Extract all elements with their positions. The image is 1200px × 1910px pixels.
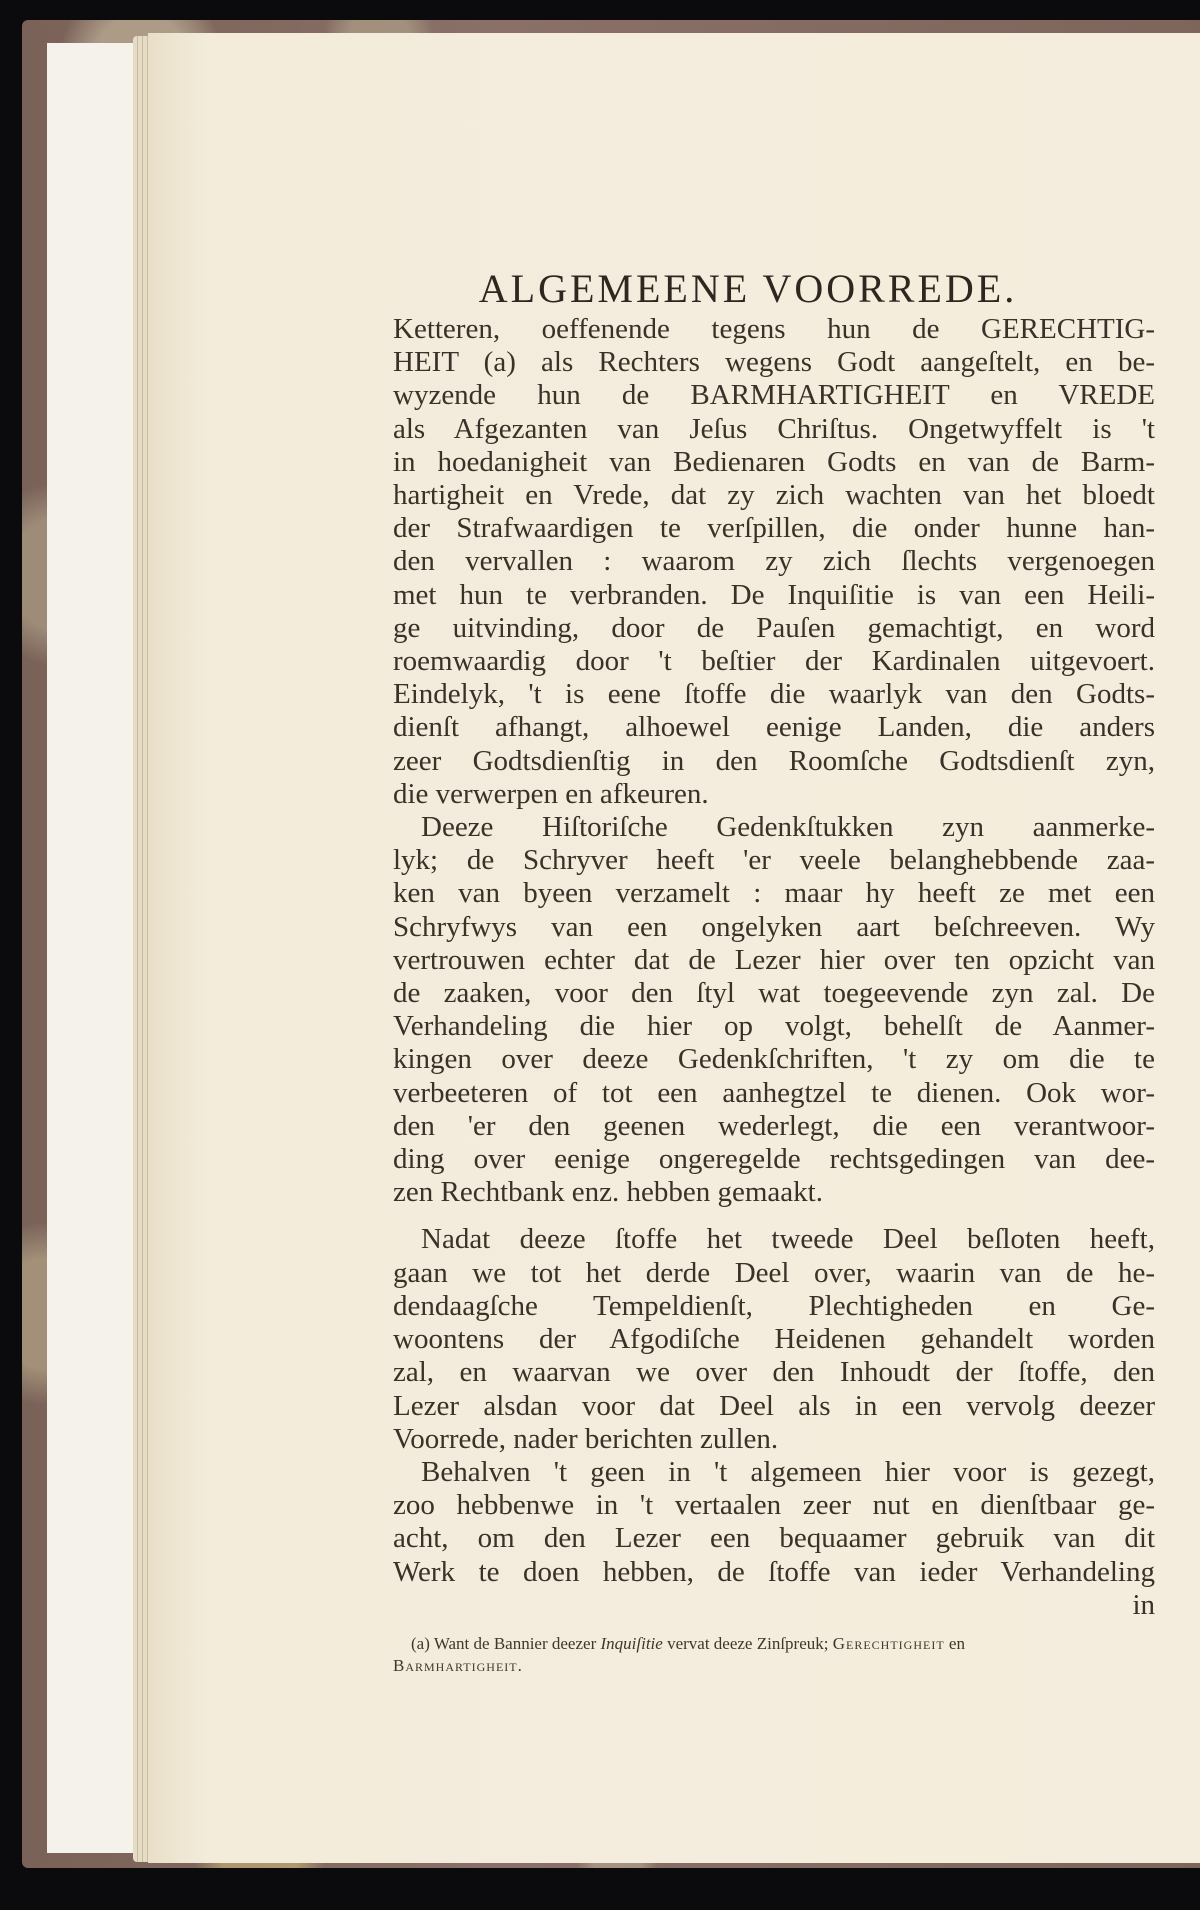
- text-line: Lezer alsdan voor dat Deel als in een ve…: [393, 1390, 1155, 1423]
- text-line: wyzende hun de BARMHARTIGHEIT en VREDE: [393, 379, 1155, 412]
- body-text: Ketteren, oeffenende tegens hun de GEREC…: [393, 313, 1155, 1622]
- paragraph-2: Deeze Hiſtoriſche Gedenkſtukken zyn aanm…: [393, 811, 1155, 1209]
- footnote-text: Want de Bannier deezer: [434, 1634, 596, 1653]
- text-line: den vervallen : waarom zy zich ſlechts v…: [393, 545, 1155, 578]
- text-line: dienſt afhangt, alhoewel eenige Landen, …: [393, 711, 1155, 744]
- text-line: ken van byeen verzamelt : maar hy heeft …: [393, 877, 1155, 910]
- text-line: Ketteren, oeffenende tegens hun de GEREC…: [393, 313, 1155, 346]
- text-line: woontens der Afgodiſche Heidenen gehande…: [393, 1323, 1155, 1356]
- text-line: HEIT (a) als Rechters wegens Godt aangeſ…: [393, 346, 1155, 379]
- text-line: den 'er den geenen wederlegt, die een ve…: [393, 1110, 1155, 1143]
- text-line: Voorrede, nader berichten zullen.: [393, 1423, 1155, 1456]
- footnote-text: en: [949, 1634, 965, 1653]
- text-line: lyk; de Schryver heeft 'er veele belangh…: [393, 844, 1155, 877]
- text-line: zoo hebbenwe in 't vertaalen zeer nut en…: [393, 1489, 1155, 1522]
- text-line: met hun te verbranden. De Inquiſitie is …: [393, 579, 1155, 612]
- text-line: gaan we tot het derde Deel over, waarin …: [393, 1257, 1155, 1290]
- text-line: zeer Godtsdienſtig in den Roomſche Godts…: [393, 745, 1155, 778]
- book-page: ALGEMEENE VOORREDE. Ketteren, oeffenende…: [148, 33, 1200, 1863]
- text-line: verbeeteren of tot een aanhegtzel te die…: [393, 1077, 1155, 1110]
- text-line: hartigheit en Vrede, dat zy zich wachten…: [393, 479, 1155, 512]
- catchword: in: [393, 1589, 1155, 1622]
- text-line: der Strafwaardigen te verſpillen, die on…: [393, 512, 1155, 545]
- paragraph-1: Ketteren, oeffenende tegens hun de GEREC…: [393, 313, 1155, 811]
- paragraph-4: Behalven 't geen in 't algemeen hier voo…: [393, 1456, 1155, 1622]
- text-line: als Afgezanten van Jeſus Chriſtus. Onget…: [393, 413, 1155, 446]
- text-line: acht, om den Lezer een bequaamer gebruik…: [393, 1522, 1155, 1555]
- paragraph-3: Nadat deeze ſtoffe het tweede Deel beſlo…: [393, 1223, 1155, 1455]
- text-line: zal, en waarvan we over den Inhoudt der …: [393, 1356, 1155, 1389]
- text-line: Behalven 't geen in 't algemeen hier voo…: [393, 1456, 1155, 1489]
- text-line: de zaaken, voor den ſtyl wat toegeevende…: [393, 977, 1155, 1010]
- text-line: Nadat deeze ſtoffe het tweede Deel beſlo…: [393, 1223, 1155, 1256]
- footnote-italic: Inquiſitie: [600, 1634, 662, 1653]
- text-line: dendaagſche Tempeldienſt, Plechtigheden …: [393, 1290, 1155, 1323]
- text-line: kingen over deeze Gedenkſchriften, 't zy…: [393, 1043, 1155, 1076]
- footnote-text: vervat deeze Zinſpreuk;: [667, 1634, 828, 1653]
- paragraph-gap: [393, 1209, 1155, 1223]
- text-line: Schryfwys van een ongelyken aart beſchre…: [393, 911, 1155, 944]
- text-line: zen Rechtbank enz. hebben gemaakt.: [393, 1176, 1155, 1209]
- text-line: Deeze Hiſtoriſche Gedenkſtukken zyn aanm…: [393, 811, 1155, 844]
- text-line: in hoedanigheit van Bedienaren Godts en …: [393, 446, 1155, 479]
- page-title: ALGEMEENE VOORREDE.: [448, 265, 1048, 312]
- footnote: (a) Want de Bannier deezer Inquiſitie ve…: [393, 1633, 1155, 1677]
- text-line: ding over eenige ongeregelde rechtsgedin…: [393, 1143, 1155, 1176]
- text-line: Eindelyk, 't is eene ſtoffe die waarlyk …: [393, 678, 1155, 711]
- footnote-marker: (a): [393, 1634, 430, 1653]
- text-line: Verhandeling die hier op volgt, behelſt …: [393, 1010, 1155, 1043]
- text-line: die verwerpen en afkeuren.: [393, 778, 1155, 811]
- footnote-smallcaps: Gerechtigheit: [833, 1634, 945, 1653]
- text-line: roemwaardig door 't beſtier der Kardinal…: [393, 645, 1155, 678]
- footnote-smallcaps: Barmhartigheit.: [393, 1656, 523, 1675]
- text-line: ge uitvinding, door de Pauſen gemachtigt…: [393, 612, 1155, 645]
- text-line: vertrouwen echter dat de Lezer hier over…: [393, 944, 1155, 977]
- text-line: Werk te doen hebben, de ſtoffe van ieder…: [393, 1556, 1155, 1589]
